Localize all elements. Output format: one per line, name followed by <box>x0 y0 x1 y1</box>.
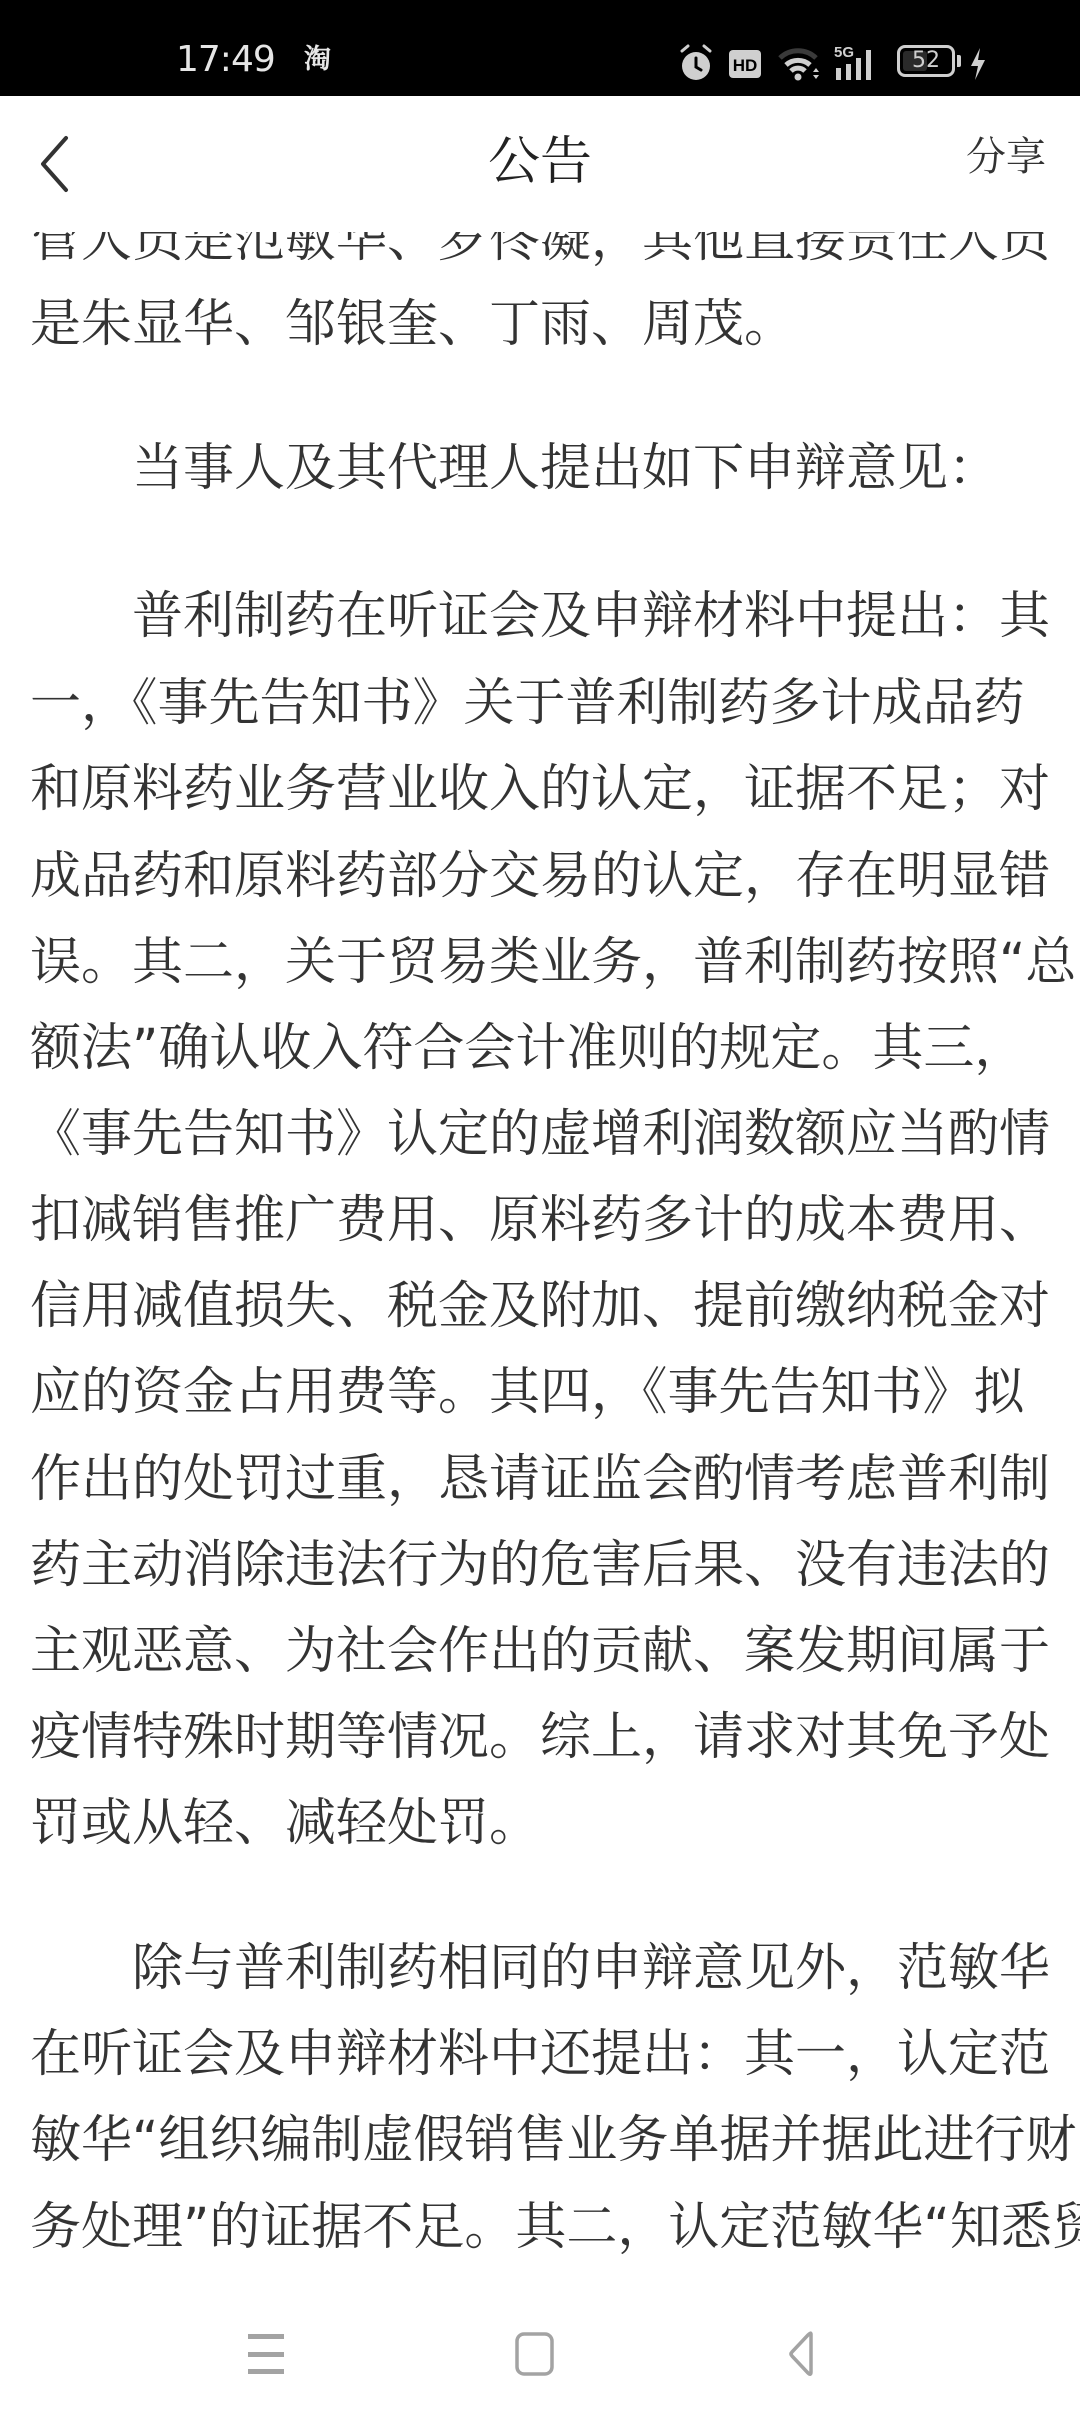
hd-icon: HD <box>728 42 762 84</box>
article-line: 和原料药业务营业收入的认定，证据不足；对 <box>30 747 1060 833</box>
article-line: 作出的处罚过重，恳请证监会酌情考虑普利制 <box>30 1437 1060 1523</box>
article-line: 药主动消除违法行为的危害后果、没有违法的 <box>30 1523 1060 1609</box>
battery-cap <box>957 55 961 67</box>
article-line: 在听证会及申辩材料中还提出：其一，认定范 <box>30 2012 1060 2098</box>
system-back-button[interactable] <box>755 2310 845 2400</box>
article-line: 除与普利制药相同的申辩意见外，范敏华 <box>132 1926 1080 2012</box>
article-line: 《事先告知书》认定的虚增利润数额应当酌情 <box>30 1092 1060 1178</box>
recent-apps-icon <box>220 2310 310 2400</box>
page-title: 公告 <box>0 130 1080 194</box>
home-button[interactable] <box>490 2310 580 2400</box>
article-line: 务处理”的证据不足。其二，认定范敏华“知悉贸 <box>30 2185 1060 2271</box>
alarm-icon <box>678 42 714 84</box>
article-line: 是朱显华、邹银奎、丁雨、周茂。 <box>30 282 1060 368</box>
article-line: 扣减销售推广费用、原料药多计的成本费用、 <box>30 1178 1060 1264</box>
article-line: 成品药和原料药部分交易的认定，存在明显错 <box>30 834 1060 920</box>
back-triangle-icon <box>755 2310 845 2400</box>
article-line: 当事人及其代理人提出如下申辩意见： <box>132 426 1080 512</box>
article-line: 应的资金占用费等。其四，《事先告知书》拟 <box>30 1350 1060 1436</box>
article-line: 敏华“组织编制虚假销售业务单据并据此进行财 <box>30 2098 1060 2184</box>
article-line: 疫情特殊时期等情况。综上，请求对其免予处 <box>30 1695 1060 1781</box>
article-line: 主观恶意、为社会作出的贡献、案发期间属于 <box>30 1609 1060 1695</box>
system-nav-bar <box>0 2290 1080 2412</box>
home-icon <box>490 2310 580 2400</box>
article-line: 罚或从轻、减轻处罚。 <box>30 1781 1060 1867</box>
share-button[interactable]: 分享 <box>966 132 1046 182</box>
battery-icon: 52 <box>897 45 955 77</box>
battery-percent: 52 <box>900 48 952 74</box>
wifi-icon <box>776 42 822 84</box>
charging-icon <box>966 42 990 84</box>
svg-text:5G: 5G <box>834 44 854 61</box>
article-line: 一，《事先告知书》关于普利制药多计成品药 <box>30 661 1060 747</box>
article-line: 额法”确认收入符合会计准则的规定。其三， <box>30 1006 1060 1092</box>
taobao-notification-icon: 淘 <box>304 44 331 76</box>
status-time: 17:49 <box>176 40 275 80</box>
svg-text:HD: HD <box>733 56 758 75</box>
app-header: 公告 分享 <box>0 96 1080 232</box>
article-line: 信用减值损失、税金及附加、提前缴纳税金对 <box>30 1264 1060 1350</box>
5g-signal-icon: 5G <box>834 42 884 84</box>
recent-apps-button[interactable] <box>220 2310 310 2400</box>
status-bar: 17:49 淘 HD 5G 52 <box>0 0 1080 96</box>
article-line: 误。其二，关于贸易类业务，普利制药按照“总 <box>30 920 1060 1006</box>
article-content[interactable]: 管人员是范敏华、罗佟凝，其他直接责任人员 是朱显华、邹银奎、丁雨、周茂。 当事人… <box>0 0 1080 2412</box>
article-line: 普利制药在听证会及申辩材料中提出：其 <box>132 574 1080 660</box>
